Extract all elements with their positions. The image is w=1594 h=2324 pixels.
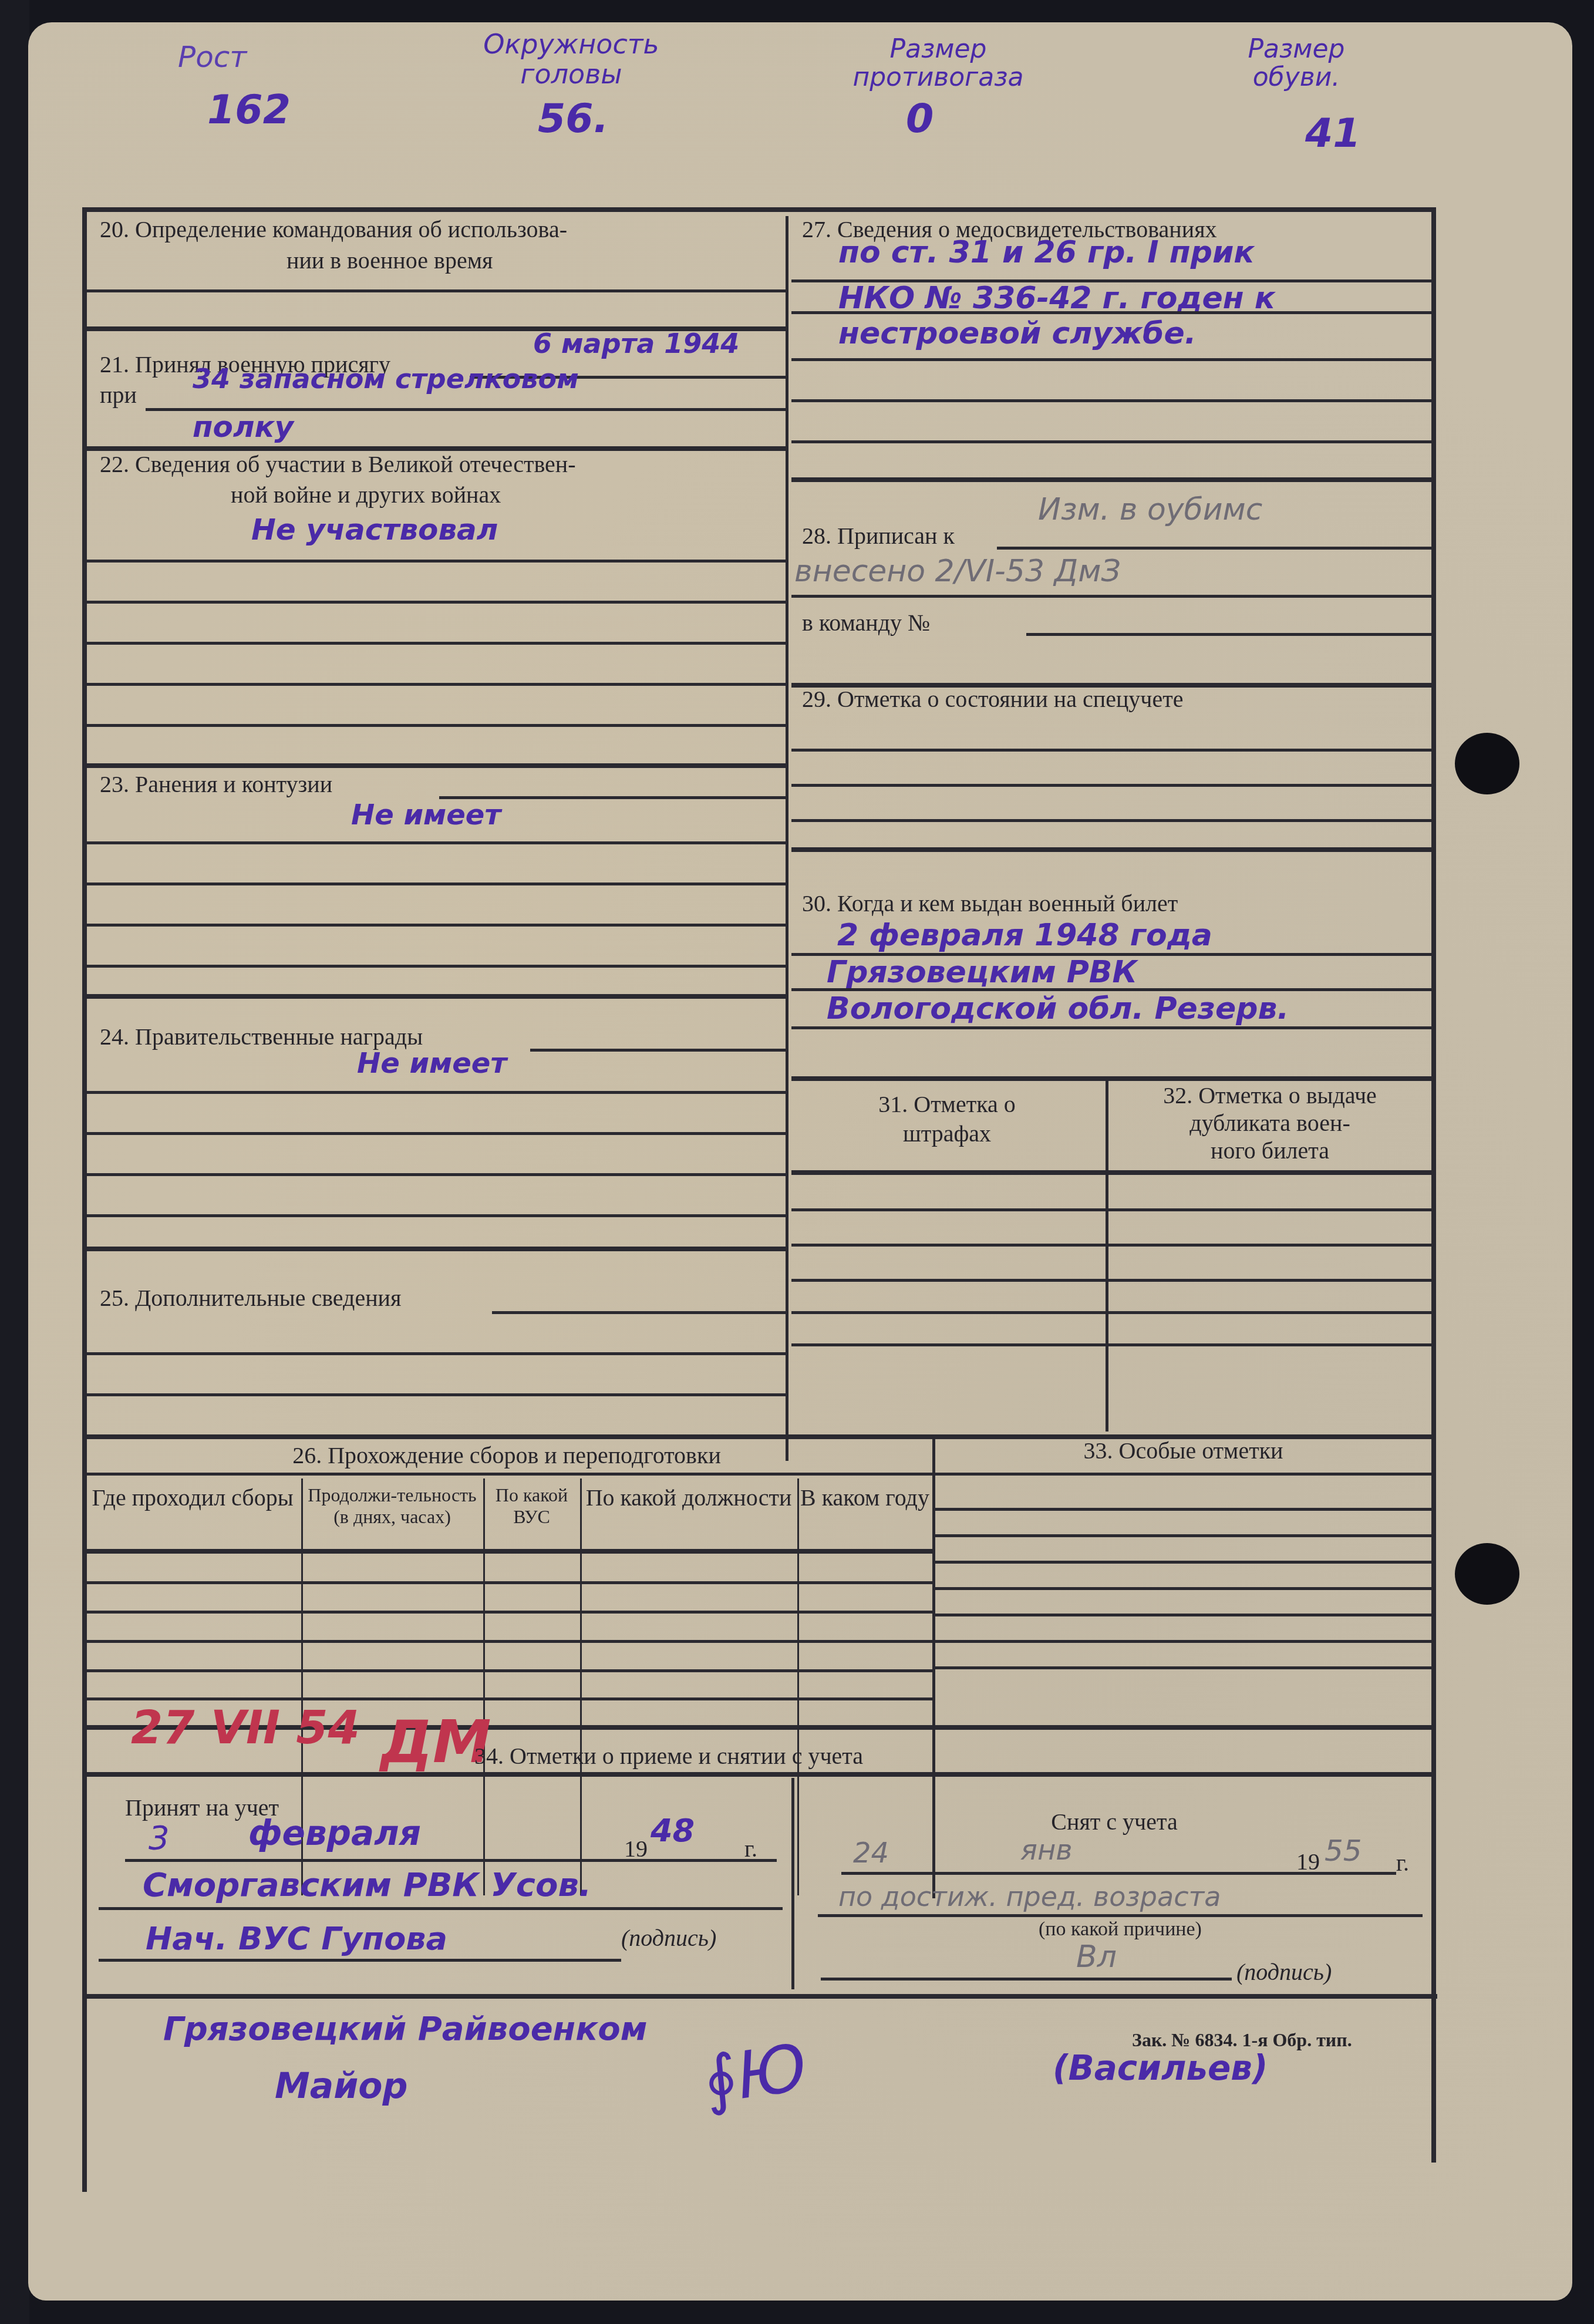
military-record-card: Рост 162 Окружность головы 56. Размер пр…: [28, 22, 1572, 2301]
s33-line2: [935, 1508, 1431, 1511]
s23-divider: [87, 994, 786, 999]
s33-line8: [935, 1666, 1431, 1669]
s23-line1: [87, 841, 786, 844]
s26-header-divider: [87, 1549, 932, 1554]
s31-label-line1: 31. Отметка о: [794, 1091, 1100, 1118]
s31-s32-line4: [791, 1311, 1431, 1314]
s27-value-line2[interactable]: НКО № 336-42 г. годен к: [838, 281, 1275, 316]
photo-frame-edge: [0, 0, 29, 2324]
commissar-signature: ∮Ю: [699, 2029, 811, 2118]
s27-value-line3[interactable]: нестроевой службе.: [838, 316, 1196, 351]
s33-line7: [935, 1640, 1431, 1643]
s34-accepted-signature-label: (подпись): [621, 1925, 716, 1952]
s34-removed-year-unit: г.: [1396, 1850, 1409, 1877]
s26-row-line5: [87, 1697, 932, 1700]
head-circumference-label: Окружность головы: [442, 29, 700, 89]
s34-accepted-date-line: [125, 1859, 777, 1862]
commissar-title: Грязовецкий Райвоенком: [163, 2010, 648, 2048]
s24-value[interactable]: Не имеет: [357, 1047, 507, 1080]
s26-row-line2: [87, 1611, 932, 1614]
s26-col-divider3: [580, 1478, 582, 1895]
s28-value-line2[interactable]: внесено 2/VI-53 ДмЗ: [794, 554, 1121, 589]
s34-title: 34. Отметки о приеме и снятии с учета: [474, 1743, 863, 1770]
s22-label-line2: ной войне и других войнах: [231, 481, 501, 508]
s26-title: 26. Прохождение сборов и переподготовки: [87, 1442, 926, 1469]
s25-line2: [87, 1393, 786, 1396]
s21-value-line1[interactable]: 34 запасном стрелковом: [193, 363, 579, 395]
s26-row-line3: [87, 1640, 932, 1643]
s29-line3: [791, 819, 1431, 822]
s26-col-year: В каком году: [800, 1484, 929, 1511]
s22-line5: [87, 724, 786, 727]
s23-value[interactable]: Не имеет: [351, 799, 501, 831]
s27-line4: [791, 399, 1431, 402]
s32-label-line1: 32. Отметка о выдаче: [1108, 1082, 1431, 1109]
s26-col-vus: По какой ВУС: [486, 1484, 577, 1528]
s34-column-divider: [791, 1778, 794, 1989]
binder-hole-lower: [1455, 1543, 1519, 1605]
s30-label: 30. Когда и кем выдан военный билет: [802, 890, 1178, 917]
s21-value-line2[interactable]: полку: [193, 410, 294, 444]
shoe-size-value: 41: [1305, 110, 1361, 157]
s33-line3: [935, 1534, 1431, 1537]
s26-title-line: [87, 1473, 932, 1476]
s24-line2: [87, 1132, 786, 1135]
s34-accepted-signature-line: [99, 1959, 621, 1962]
s34-removed-signature-label: (подпись): [1236, 1959, 1332, 1986]
s34-removed-reason-line: [818, 1914, 1423, 1917]
s21-oath-date[interactable]: 6 марта 1944: [533, 328, 739, 359]
s20-label-line2: нии в военное время: [287, 247, 493, 274]
s22-line2: [87, 601, 786, 604]
s23-line4: [87, 965, 786, 968]
s34-removed-year-suffix[interactable]: 55: [1325, 1834, 1362, 1868]
s28-team-label: в команду №: [802, 609, 930, 636]
s29-divider: [791, 847, 1431, 852]
s34-accepted-year-suffix[interactable]: 48: [651, 1812, 695, 1849]
s28-line2: [791, 595, 1431, 598]
s26-col-duration: Продолжи-тельность (в днях, часах): [304, 1484, 480, 1528]
form-left-border: [82, 207, 87, 2192]
height-value: 162: [207, 87, 291, 133]
s34-removed-day[interactable]: 24: [853, 1837, 889, 1870]
s28-value-line1[interactable]: Изм. в оубимс: [1038, 492, 1262, 527]
s22-line3: [87, 642, 786, 645]
s25-line1: [87, 1352, 786, 1355]
s31-s32-line2: [791, 1244, 1431, 1247]
s34-title-divider: [87, 1772, 1431, 1777]
s24-line4: [87, 1214, 786, 1217]
s30-value-line1[interactable]: 2 февраля 1948 года: [837, 918, 1212, 953]
s34-accepted-by-line: [99, 1907, 783, 1910]
s31-label-line2: штрафах: [794, 1120, 1100, 1147]
s34-removed-reason[interactable]: по достиж. пред. возраста: [838, 1881, 1221, 1912]
s29-line1: [791, 749, 1431, 752]
s23-line2: [87, 883, 786, 885]
s24-divider: [87, 1247, 786, 1251]
s28-team-line: [1026, 633, 1431, 636]
red-date-mark: 27 VII 54: [131, 1702, 360, 1754]
s30-value-line2[interactable]: Грязовецким РВК: [827, 955, 1137, 990]
s33-line1: [935, 1473, 1431, 1476]
s24-label-line: [530, 1049, 786, 1052]
s34-accepted-by-line2[interactable]: Нач. ВУС Гупова: [146, 1920, 447, 1957]
s30-value-line3[interactable]: Вологодской обл. Резерв.: [827, 991, 1289, 1026]
s34-accepted-month[interactable]: февраля: [248, 1813, 421, 1853]
s34-accepted-day[interactable]: 3: [149, 1819, 170, 1857]
s34-removed-month[interactable]: янв: [1020, 1834, 1073, 1867]
s34-removed-signature-line: [821, 1978, 1232, 1981]
s34-removed-label: Снят с учета: [797, 1808, 1431, 1835]
s34-removed-reason-label: (по какой причине): [818, 1918, 1423, 1941]
s33-line4: [935, 1561, 1431, 1564]
s23-label: 23. Ранения и контузии: [100, 771, 332, 798]
s30-divider: [791, 1076, 1431, 1081]
s26-row-line1: [87, 1581, 932, 1584]
commissar-rank: Майор: [275, 2066, 407, 2107]
column-divider: [786, 216, 788, 1461]
head-circumference-value: 56.: [538, 96, 608, 142]
s27-line3: [791, 358, 1431, 361]
s28-label: 28. Приписан к: [802, 523, 955, 550]
s33-label: 33. Особые отметки: [935, 1437, 1431, 1464]
s34-accepted-by-line1[interactable]: Сморгавским РВК Усов.: [143, 1866, 591, 1904]
s26-row-line4: [87, 1669, 932, 1672]
s32-label-line3: ного билета: [1108, 1137, 1431, 1164]
s31-s32-line3: [791, 1279, 1431, 1282]
s33-line5: [935, 1587, 1431, 1590]
s27-line2: [791, 311, 1431, 314]
s32-label-line2: дубликата воен-: [1108, 1110, 1431, 1137]
form-right-border: [1431, 207, 1436, 2163]
s22-line4: [87, 683, 786, 686]
height-label: Рост: [178, 40, 247, 74]
s30-line3: [791, 1026, 1431, 1029]
s26-col-position: По какой должности: [583, 1484, 794, 1511]
binder-hole-upper: [1455, 733, 1519, 794]
s24-line3: [87, 1173, 786, 1176]
s29-label: 29. Отметка о состоянии на спецучете: [802, 686, 1183, 713]
form-bottom-border: [87, 1994, 1437, 1999]
s20-line: [87, 289, 786, 292]
s22-value[interactable]: Не участвовал: [251, 513, 498, 547]
gas-mask-size-value: 0: [906, 96, 934, 142]
s22-label-line1: 22. Сведения об участии в Великой отечес…: [100, 451, 576, 478]
s31-s32-header-divider: [791, 1170, 1431, 1175]
s24-line1: [87, 1091, 786, 1094]
s25-label: 25. Дополнительные сведения: [100, 1285, 401, 1312]
s23-line3: [87, 924, 786, 927]
s21-divider: [87, 446, 786, 451]
s27-divider: [791, 477, 1431, 482]
gas-mask-size-label: Размер противогаза: [815, 35, 1061, 92]
s26-col-divider2: [483, 1478, 485, 1895]
shoe-size-label: Размер обуви.: [1208, 35, 1384, 92]
s34-removed-date-line: [841, 1872, 1396, 1875]
s27-line5: [791, 440, 1431, 443]
s22-divider: [87, 763, 786, 768]
s31-s32-line1: [791, 1208, 1431, 1211]
s27-value-line1[interactable]: по ст. 31 и 26 гр. I прик: [838, 235, 1255, 270]
s21-pri-label: при: [100, 382, 137, 409]
s25-label-line: [492, 1311, 786, 1314]
s31-s32-line5: [791, 1343, 1431, 1346]
s22-line1: [87, 560, 786, 563]
print-info: Зак. № 6834. 1-я Обр. тип.: [1132, 2029, 1352, 2051]
s33-line6: [935, 1614, 1431, 1616]
form-top-border: [82, 207, 1433, 212]
s20-label-line1: 20. Определение командования об использо…: [100, 216, 567, 243]
s29-line2: [791, 784, 1431, 787]
s26-col-where: Где проходил сборы: [87, 1484, 298, 1511]
commissar-name: (Васильев): [1053, 2048, 1268, 2088]
s34-removed-signature[interactable]: Вл: [1076, 1939, 1117, 1975]
s28-line1: [997, 547, 1431, 550]
